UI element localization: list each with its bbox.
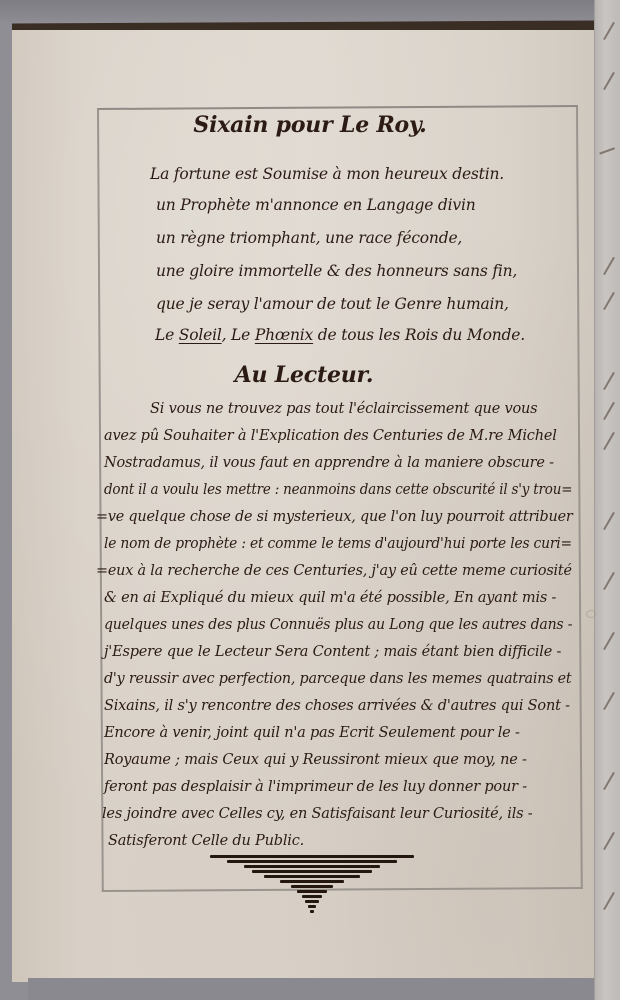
backdrop-bottom — [28, 978, 598, 1000]
ornament-rule — [308, 905, 316, 908]
poem-line-last: Le Soleil, Le Phœnix de tous les Rois du… — [155, 326, 525, 344]
facing-page-fragment — [603, 572, 615, 590]
underlined-word-phoenix: Phœnix — [255, 326, 313, 344]
facing-page-fragment — [603, 892, 615, 910]
prose-line: Si vous ne trouvez pas tout l'éclairciss… — [150, 401, 537, 417]
prose-line: Satisferont Celle du Public. — [108, 833, 304, 849]
prose-line: les joindre avec Celles cy, en Satisfais… — [102, 806, 533, 822]
ornament-rule — [210, 855, 414, 858]
facing-page-fragment — [603, 692, 615, 710]
prose-line: dont il a voulu les mettre : neanmoins d… — [104, 482, 572, 498]
facing-page-fragment — [603, 292, 615, 310]
ornament-rule — [227, 860, 397, 863]
facing-page-fragment — [603, 632, 615, 650]
sixain-title: Sixain pour Le Roy. — [0, 112, 620, 138]
poem-line: un règne triomphant, une race féconde, — [156, 229, 462, 247]
prose-line: =ve quelque chose de si mysterieux, que … — [96, 509, 573, 525]
ruled-frame — [97, 105, 583, 892]
poem-line: un Prophète m'annonce en Langage divin — [156, 196, 476, 214]
ornament-rule — [302, 895, 322, 898]
ornament-rule — [252, 870, 372, 873]
paper-blemish — [586, 610, 596, 618]
prose-line: avez pû Souhaiter à l'Explication des Ce… — [104, 428, 557, 444]
facing-page-fragment — [603, 257, 615, 275]
facing-page-fragment — [603, 512, 615, 530]
poem-line: que je seray l'amour de tout le Genre hu… — [156, 295, 509, 313]
prose-line: feront pas desplaisir à l'imprimeur de l… — [104, 779, 527, 795]
prose-line: Nostradamus, il vous faut en apprendre à… — [104, 455, 554, 471]
ornament-rule — [305, 900, 319, 903]
prose-line: =eux à la recherche de ces Centuries, j'… — [96, 563, 572, 579]
ornament-rule — [280, 880, 344, 883]
facing-page-fragment — [603, 832, 615, 850]
au-lecteur-title: Au Lecteur. — [0, 362, 614, 388]
ornament-rule — [297, 890, 327, 893]
ornament-rule — [264, 875, 360, 878]
prose-line: quelques unes des plus Connuës plus au L… — [104, 617, 572, 633]
prose-line: & en ai Expliqué du mieux quil m'a été p… — [104, 590, 556, 606]
prose-line: Encore à venir, joint quil n'a pas Ecrit… — [104, 725, 520, 741]
ornament-rule — [291, 885, 333, 888]
prose-line: j'Espere que le Lecteur Sera Content ; m… — [104, 644, 561, 660]
poem-line: une gloire immortelle & des honneurs san… — [156, 262, 517, 280]
ornament-rule — [244, 865, 380, 868]
facing-page-fragment — [603, 432, 615, 450]
facing-page-fragment — [603, 22, 615, 40]
prose-line: Sixains, il s'y rencontre des choses arr… — [104, 698, 570, 714]
prose-line: le nom de prophète : et comme le tems d'… — [104, 536, 572, 552]
ornament-rule — [310, 910, 314, 913]
facing-page-fragment — [603, 402, 615, 420]
poem-text: Le — [155, 326, 179, 344]
facing-page-fragment — [599, 147, 615, 154]
facing-page-fragment — [603, 772, 615, 790]
facing-page-edge — [594, 0, 620, 1000]
underlined-word-soleil: Soleil — [179, 326, 222, 344]
poem-text: , Le — [222, 326, 255, 344]
poem-line: La fortune est Soumise à mon heureux des… — [150, 165, 504, 183]
poem-text: de tous les Rois du Monde. — [313, 326, 525, 344]
backdrop — [0, 0, 620, 22]
prose-line: d'y reussir avec perfection, parceque da… — [104, 671, 571, 687]
facing-page-fragment — [603, 72, 615, 90]
tail-piece-ornament — [200, 855, 424, 917]
prose-line: Royaume ; mais Ceux qui y Reussiront mie… — [104, 752, 527, 768]
